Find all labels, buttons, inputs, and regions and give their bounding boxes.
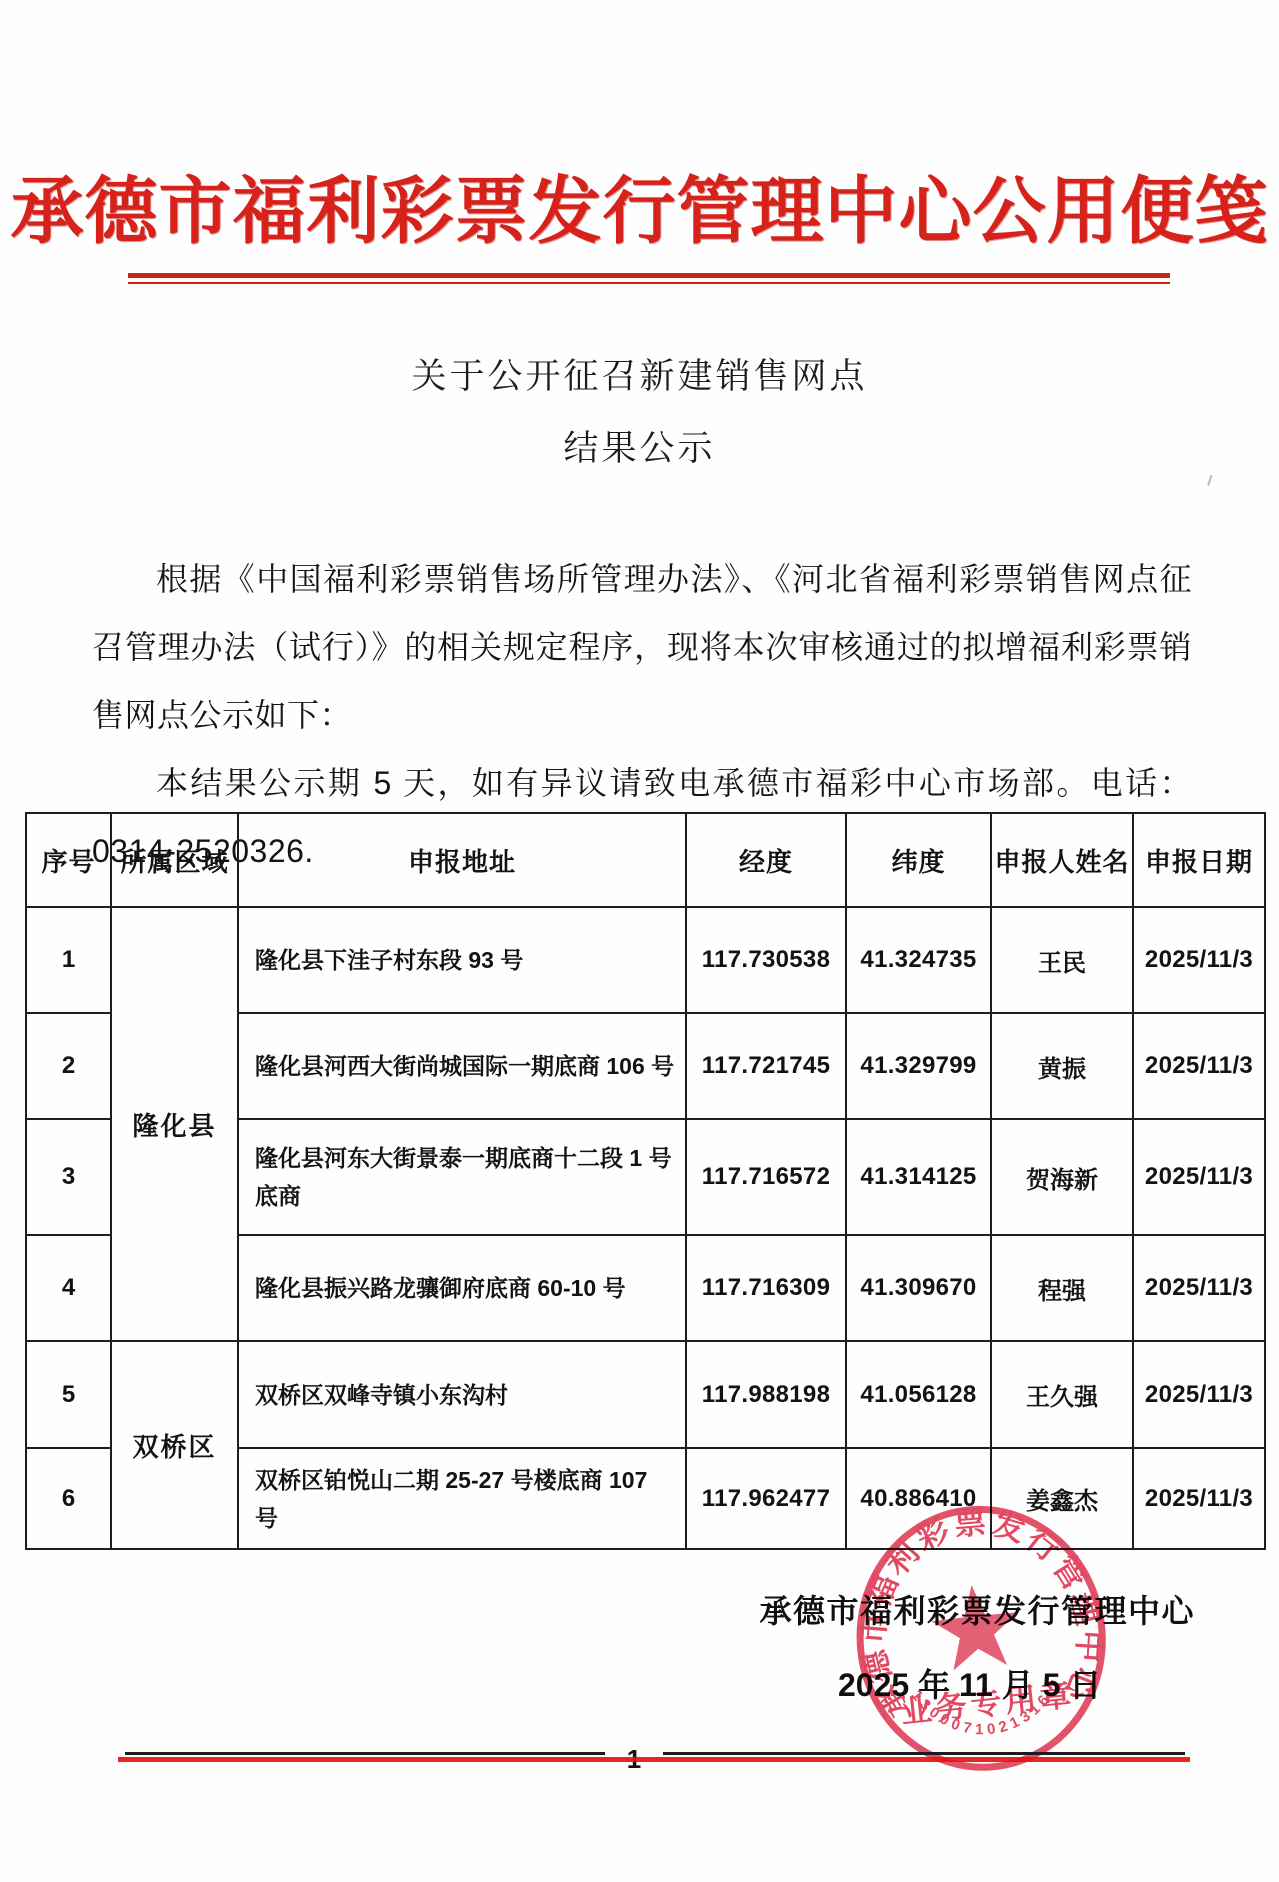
cell-address: 双桥区双峰寺镇小东沟村	[238, 1341, 686, 1448]
stamp-star-icon	[928, 1581, 1024, 1673]
subtitle-line-1: 关于公开征召新建销售网点	[0, 349, 1279, 399]
document-page: 承德市福利彩票发行管理中心公用便笺 关于公开征召新建销售网点 结果公示 根据《中…	[0, 0, 1279, 1882]
col-header-date: 申报日期	[1133, 813, 1265, 907]
col-header-no: 序号	[26, 813, 111, 907]
cell-applicant: 程强	[991, 1235, 1133, 1341]
cell-longitude: 117.962477	[686, 1448, 846, 1549]
document-title: 承德市福利彩票发行管理中心公用便笺	[0, 152, 1279, 257]
paragraph-regulations: 根据《中国福利彩票销售场所管理办法》、《河北省福利彩票销售网点征召管理办法（试行…	[92, 545, 1192, 749]
cell-date: 2025/11/3	[1133, 1235, 1265, 1341]
cell-longitude: 117.988198	[686, 1341, 846, 1448]
cell-address: 双桥区铂悦山二期 25-27 号楼底商 107 号	[238, 1448, 686, 1549]
cell-longitude: 117.721745	[686, 1013, 846, 1119]
cell-applicant: 黄振	[991, 1013, 1133, 1119]
cell-no: 1	[26, 907, 111, 1013]
cell-date: 2025/11/3	[1133, 1341, 1265, 1448]
cell-region-shuangqiao: 双桥区	[111, 1341, 238, 1549]
table-header-row: 序号 所属区域 申报地址 经度 纬度 申报人姓名 申报日期	[26, 813, 1265, 907]
cell-longitude: 117.716572	[686, 1119, 846, 1235]
cell-latitude: 41.329799	[846, 1013, 991, 1119]
table-row: 1 隆化县 隆化县下洼子村东段 93 号 117.730538 41.32473…	[26, 907, 1265, 1013]
cell-latitude: 41.324735	[846, 907, 991, 1013]
cell-date: 2025/11/3	[1133, 1448, 1265, 1549]
cell-address: 隆化县下洼子村东段 93 号	[238, 907, 686, 1013]
cell-applicant: 贺海新	[991, 1119, 1133, 1235]
cell-no: 2	[26, 1013, 111, 1119]
cell-latitude: 41.056128	[846, 1341, 991, 1448]
col-header-longitude: 经度	[686, 813, 846, 907]
cell-applicant: 王久强	[991, 1341, 1133, 1448]
cell-date: 2025/11/3	[1133, 1119, 1265, 1235]
cell-applicant: 王民	[991, 907, 1133, 1013]
title-underline-thin	[128, 282, 1170, 284]
cell-no: 4	[26, 1235, 111, 1341]
footer-rule-red	[118, 1757, 1190, 1762]
cell-no: 3	[26, 1119, 111, 1235]
cell-region-longhua: 隆化县	[111, 907, 238, 1341]
cell-longitude: 117.716309	[686, 1235, 846, 1341]
table-row: 5 双桥区 双桥区双峰寺镇小东沟村 117.988198 41.056128 王…	[26, 1341, 1265, 1448]
cell-latitude: 41.314125	[846, 1119, 991, 1235]
cell-longitude: 117.730538	[686, 907, 846, 1013]
cell-no: 6	[26, 1448, 111, 1549]
cell-no: 5	[26, 1341, 111, 1448]
subtitle-line-2: 结果公示	[0, 421, 1279, 471]
cell-address: 隆化县河西大街尚城国际一期底商 106 号	[238, 1013, 686, 1119]
cell-address: 隆化县河东大街景泰一期底商十二段 1 号底商	[238, 1119, 686, 1235]
col-header-region: 所属区域	[111, 813, 238, 907]
col-header-address: 申报地址	[238, 813, 686, 907]
cell-latitude: 41.309670	[846, 1235, 991, 1341]
cell-date: 2025/11/3	[1133, 907, 1265, 1013]
col-header-applicant: 申报人姓名	[991, 813, 1133, 907]
title-underline-thick	[128, 273, 1170, 278]
sales-outlet-table: 序号 所属区域 申报地址 经度 纬度 申报人姓名 申报日期 1 隆化县 隆化县下…	[25, 812, 1266, 1550]
cell-date: 2025/11/3	[1133, 1013, 1265, 1119]
cell-address: 隆化县振兴路龙骧御府底商 60-10 号	[238, 1235, 686, 1341]
col-header-latitude: 纬度	[846, 813, 991, 907]
scan-artifact	[1201, 473, 1212, 486]
